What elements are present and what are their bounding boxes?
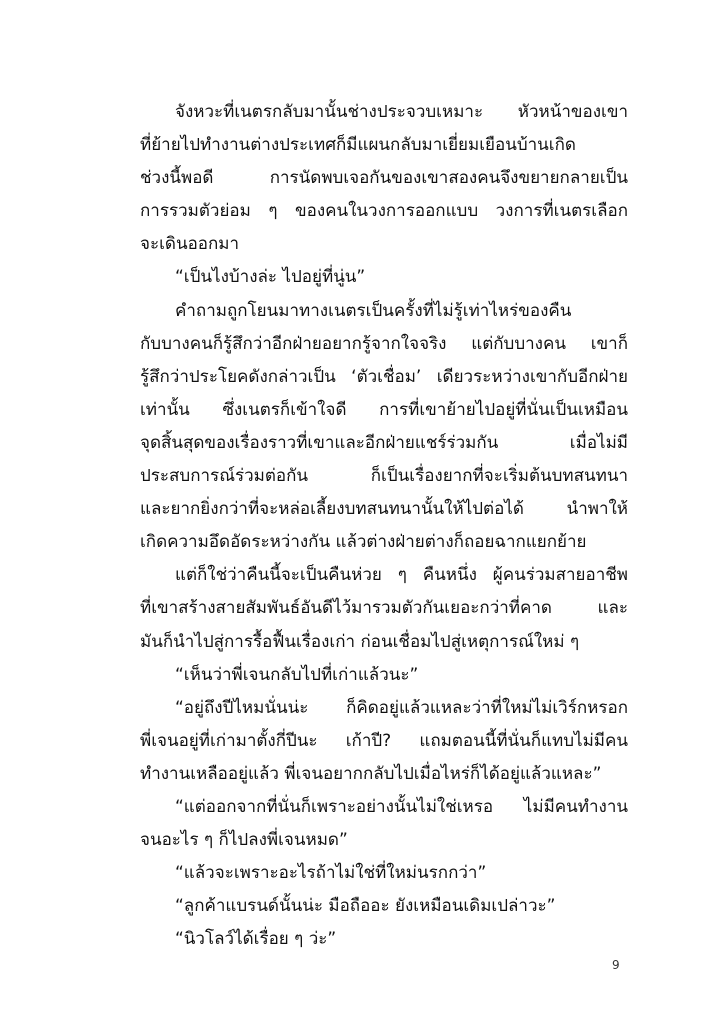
text-line: “เป็นไงบ้างล่ะ ไปอยู่ที่นู่น” (140, 261, 628, 294)
text-line: ทำงานเหลืออยู่แล้ว พี่เจนอยากกลับไปเมื่อ… (140, 758, 628, 791)
text-line: “แล้วจะเพราะอะไรถ้าไม่ใช่ที่ใหม่นรกกว่า” (140, 857, 628, 890)
text-line: คำถามถูกโยนมาทางเนตรเป็นครั้งที่ไม่รู้เท… (140, 295, 628, 328)
body-text: จังหวะที่เนตรกลับมานั้นช่างประจวบเหมาะ ห… (140, 96, 628, 956)
text-line: จะเดินออกมา (140, 228, 628, 261)
text-line: จังหวะที่เนตรกลับมานั้นช่างประจวบเหมาะ ห… (140, 96, 628, 129)
text-line: การรวมตัวย่อม ๆ ของคนในวงการออกแบบ วงการ… (140, 195, 628, 228)
text-line: จุดสิ้นสุดของเรื่องราวที่เขาและอีกฝ่ายแช… (140, 427, 628, 460)
text-line: “นิวโลว์ได้เรื่อย ๆ ว่ะ” (140, 923, 628, 956)
text-line: “แต่ออกจากที่นั่นก็เพราะอย่างนั้นไม่ใช่เ… (140, 791, 628, 824)
document-page: จังหวะที่เนตรกลับมานั้นช่างประจวบเหมาะ ห… (0, 0, 711, 1024)
text-line: “ลูกค้าแบรนด์นั้นน่ะ มือถืออะ ยังเหมือนเ… (140, 890, 628, 923)
text-line: เท่านั้น ซึ่งเนตรก็เข้าใจดี การที่เขาย้า… (140, 394, 628, 427)
text-line: แต่ก็ใช่ว่าคืนนี้จะเป็นคืนห่วย ๆ คืนหนึ่… (140, 559, 628, 592)
text-line: และยากยิ่งกว่าที่จะหล่อเลี้ยงบทสนทนานั้น… (140, 493, 628, 526)
text-line: ช่วงนี้พอดี การนัดพบเจอกันของเขาสองคนจึง… (140, 162, 628, 195)
text-line: เกิดความอึดอัดระหว่างกัน แล้วต่างฝ่ายต่า… (140, 526, 628, 559)
text-line: “อยู่ถึงปีไหมนั่นน่ะ ก็คิดอยู่แล้วแหละว่… (140, 692, 628, 725)
text-line: พี่เจนอยู่ที่เก่ามาตั้งกี่ปีนะ เก้าปี? แ… (140, 725, 628, 758)
text-line: ที่เขาสร้างสายสัมพันธ์อันดีไว้มารวมตัวกั… (140, 592, 628, 625)
text-line: ที่ย้ายไปทำงานต่างประเทศก็มีแผนกลับมาเยี… (140, 129, 628, 162)
text-line: มันก็นำไปสู่การรื้อฟื้นเรื่องเก่า ก่อนเช… (140, 626, 628, 659)
text-line: กับบางคนก็รู้สึกว่าอีกฝ่ายอยากรู้จากใจจร… (140, 328, 628, 361)
text-line: จนอะไร ๆ ก็ไปลงพี่เจนหมด” (140, 824, 628, 857)
page-number: 9 (612, 958, 620, 972)
text-line: “เห็นว่าพี่เจนกลับไปที่เก่าแล้วนะ” (140, 659, 628, 692)
text-line: ประสบการณ์ร่วมต่อกัน ก็เป็นเรื่องยากที่จ… (140, 460, 628, 493)
text-line: รู้สึกว่าประโยคดังกล่าวเป็น ‘ตัวเชื่อม’ … (140, 361, 628, 394)
